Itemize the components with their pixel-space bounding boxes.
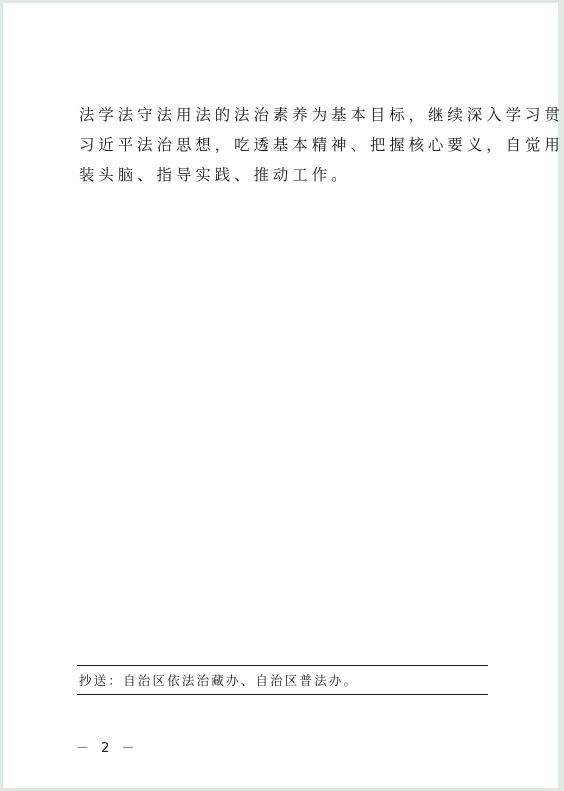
page-number: － 2 － <box>76 737 139 756</box>
body-line-2: 习近平法治思想，吃透基本精神、把握核心要义，自觉用于武 <box>79 130 491 160</box>
document-page: 法学法守法用法的法治素养为基本目标，继续深入学习贯彻好 习近平法治思想，吃透基本… <box>3 3 558 788</box>
body-line-3: 装头脑、指导实践、推动工作。 <box>79 160 491 190</box>
cc-section: 抄送：自治区依法治藏办、自治区普法办。 <box>77 665 488 695</box>
cc-line: 抄送：自治区依法治藏办、自治区普法办。 <box>79 671 358 689</box>
body-line-1: 法学法守法用法的法治素养为基本目标，继续深入学习贯彻好 <box>79 100 491 130</box>
cc-recipients: 自治区依法治藏办、自治区普法办。 <box>123 673 358 688</box>
cc-label: 抄送： <box>79 673 123 688</box>
body-paragraph: 法学法守法用法的法治素养为基本目标，继续深入学习贯彻好 习近平法治思想，吃透基本… <box>79 100 491 190</box>
